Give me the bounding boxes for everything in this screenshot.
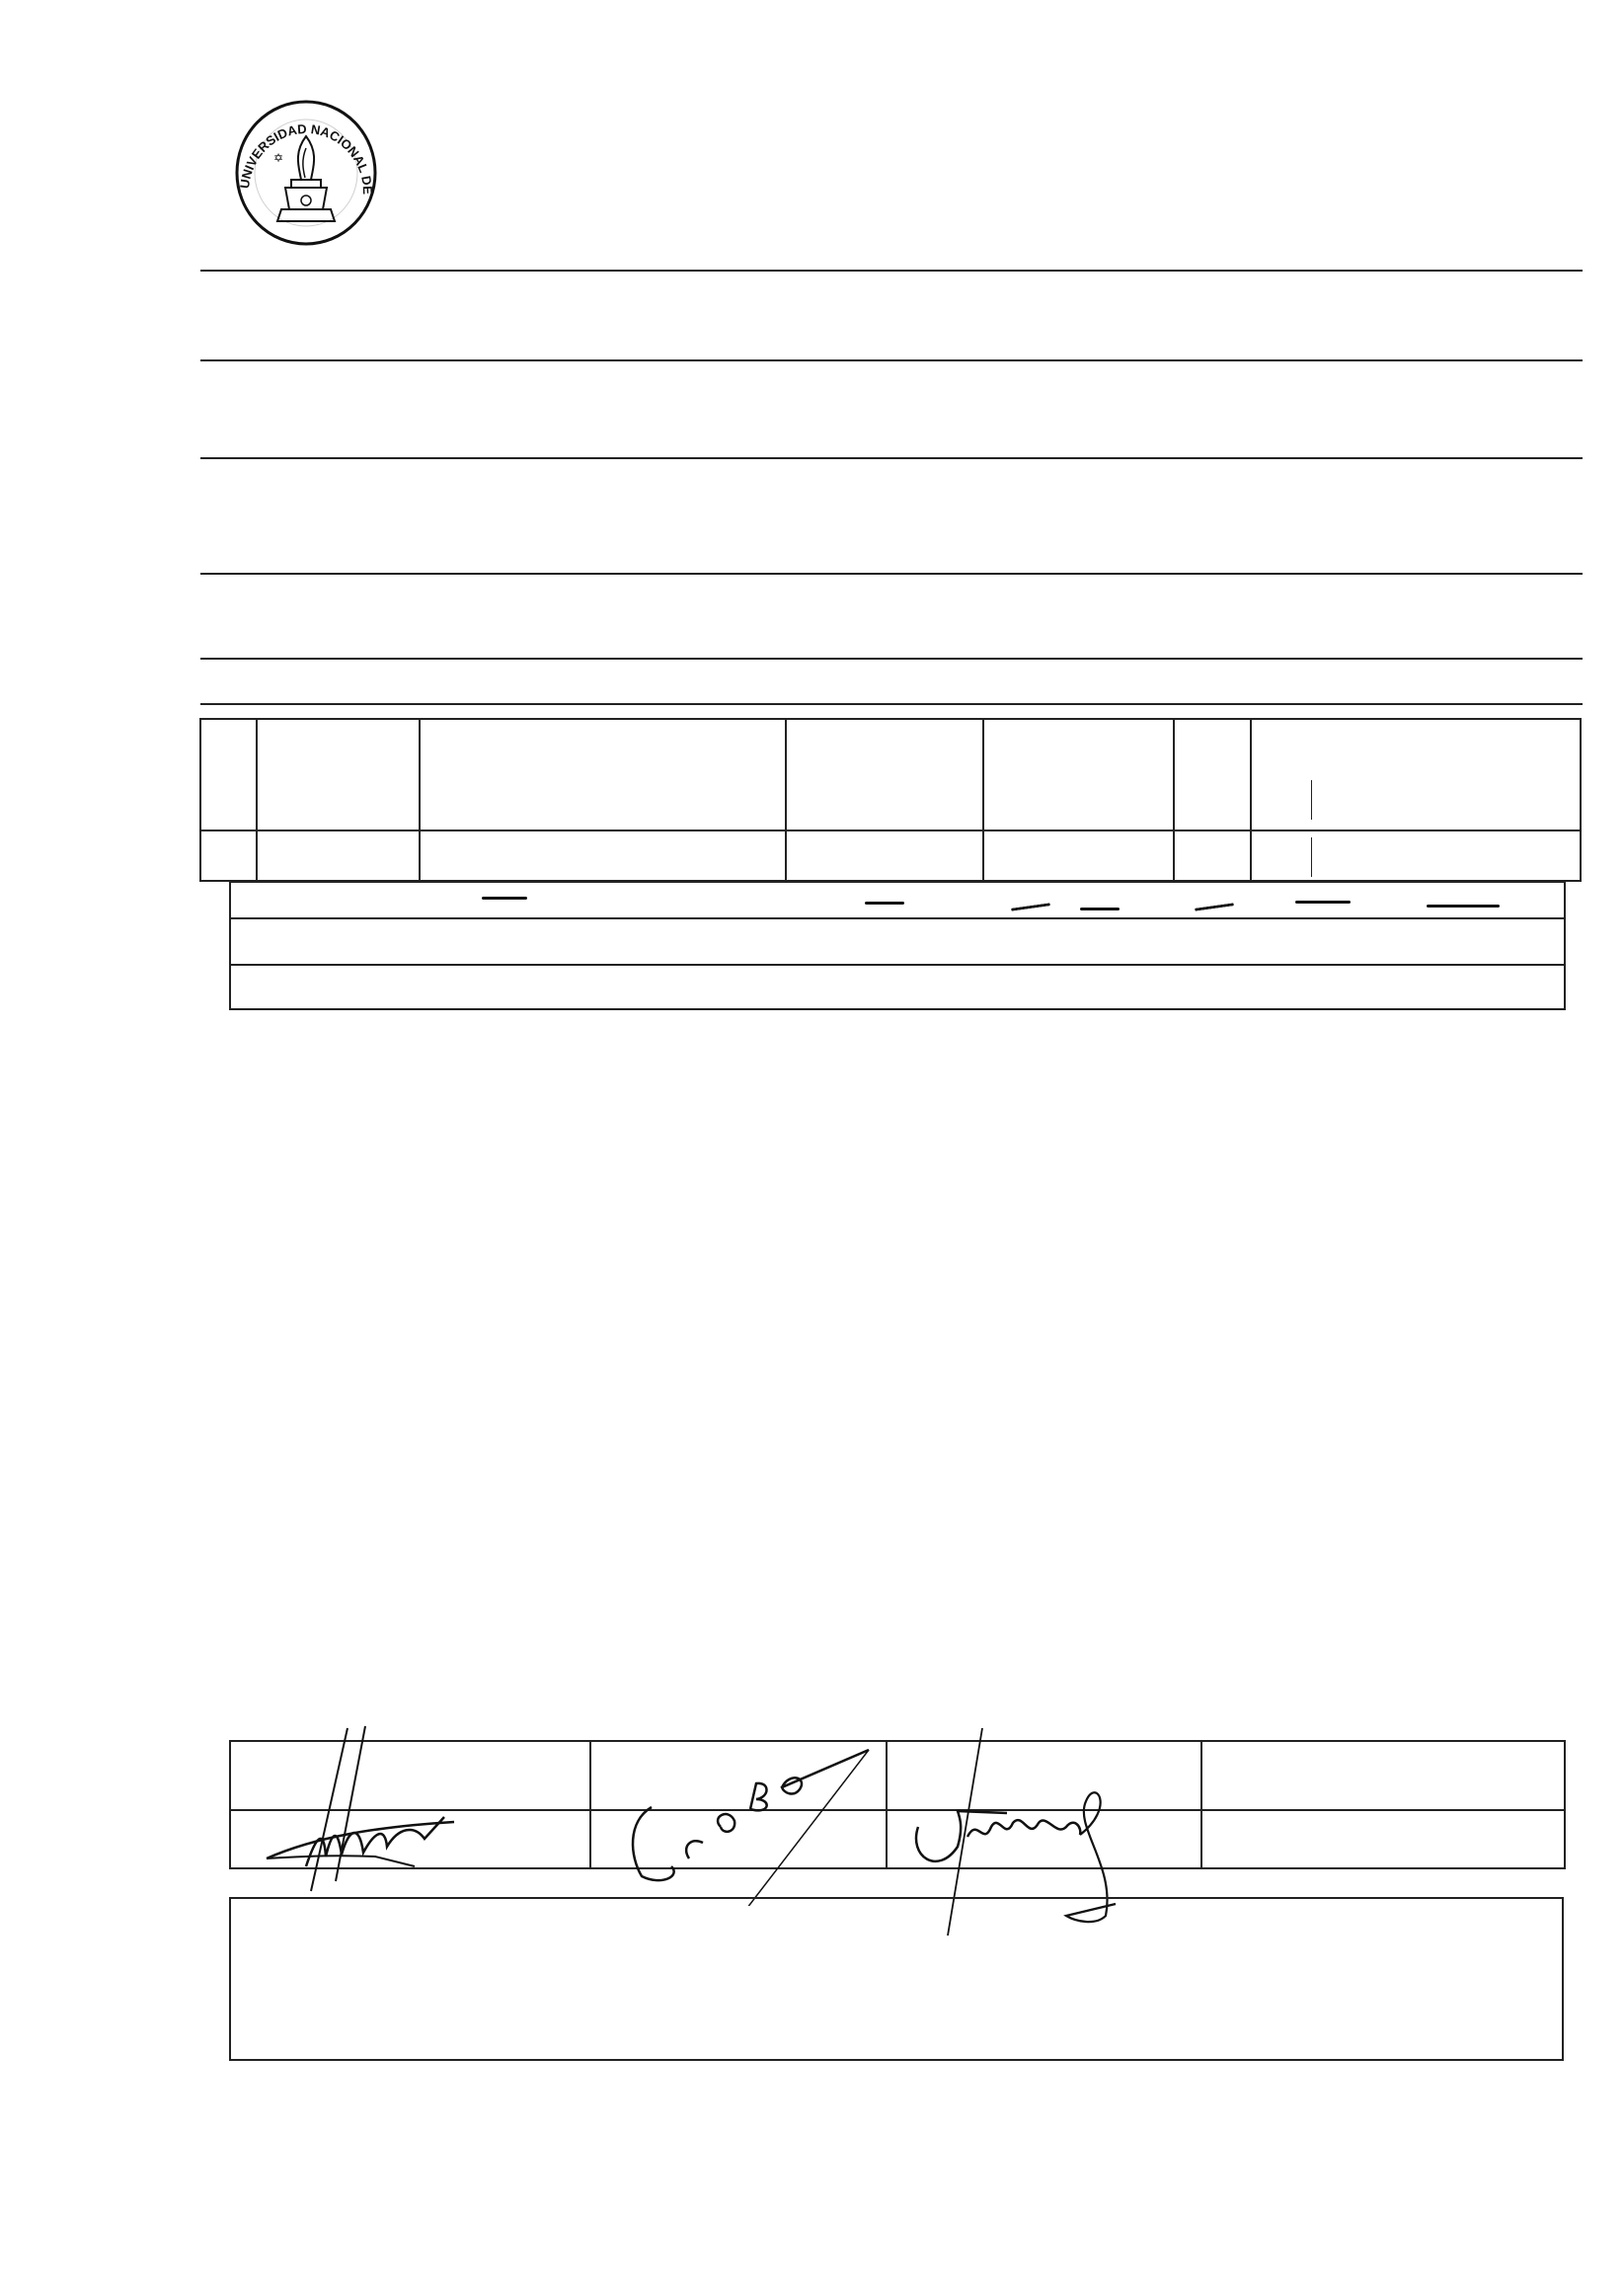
col-divider: [1173, 718, 1175, 882]
total-insuficiente-dash: [1295, 901, 1351, 904]
calif-subdivider: [1311, 780, 1312, 820]
total-ausentes-dash: [482, 897, 527, 900]
table-divider: [199, 830, 1582, 831]
col-divider: [419, 718, 421, 882]
calif-subdivider: [1311, 837, 1312, 877]
divider: [200, 359, 1583, 361]
totals-table: [229, 881, 1566, 1010]
signature-president-icon: [237, 1708, 592, 1906]
divider: [200, 457, 1583, 459]
col-divider: [785, 718, 787, 882]
col-divider: [1250, 718, 1252, 882]
signature-profesor-1-icon: [612, 1738, 908, 1906]
svg-text:✡: ✡: [273, 151, 283, 165]
divider: [200, 703, 1583, 705]
table-divider: [229, 917, 1566, 919]
divider: [200, 573, 1583, 575]
university-seal-icon: UNIVERSIDAD NACIONAL DE ROSARIO ✡: [234, 99, 378, 247]
divider: [200, 270, 1583, 272]
col-divider: [982, 718, 984, 882]
col-divider: [256, 718, 258, 882]
divider: [200, 658, 1583, 660]
total-reprobado-dash: [1427, 905, 1500, 908]
students-table: [199, 718, 1582, 882]
total-aprobado-dash: [1080, 908, 1120, 910]
total-distinguido-dash: [865, 902, 904, 905]
observations-box: [229, 1897, 1564, 2061]
table-divider: [229, 964, 1566, 966]
